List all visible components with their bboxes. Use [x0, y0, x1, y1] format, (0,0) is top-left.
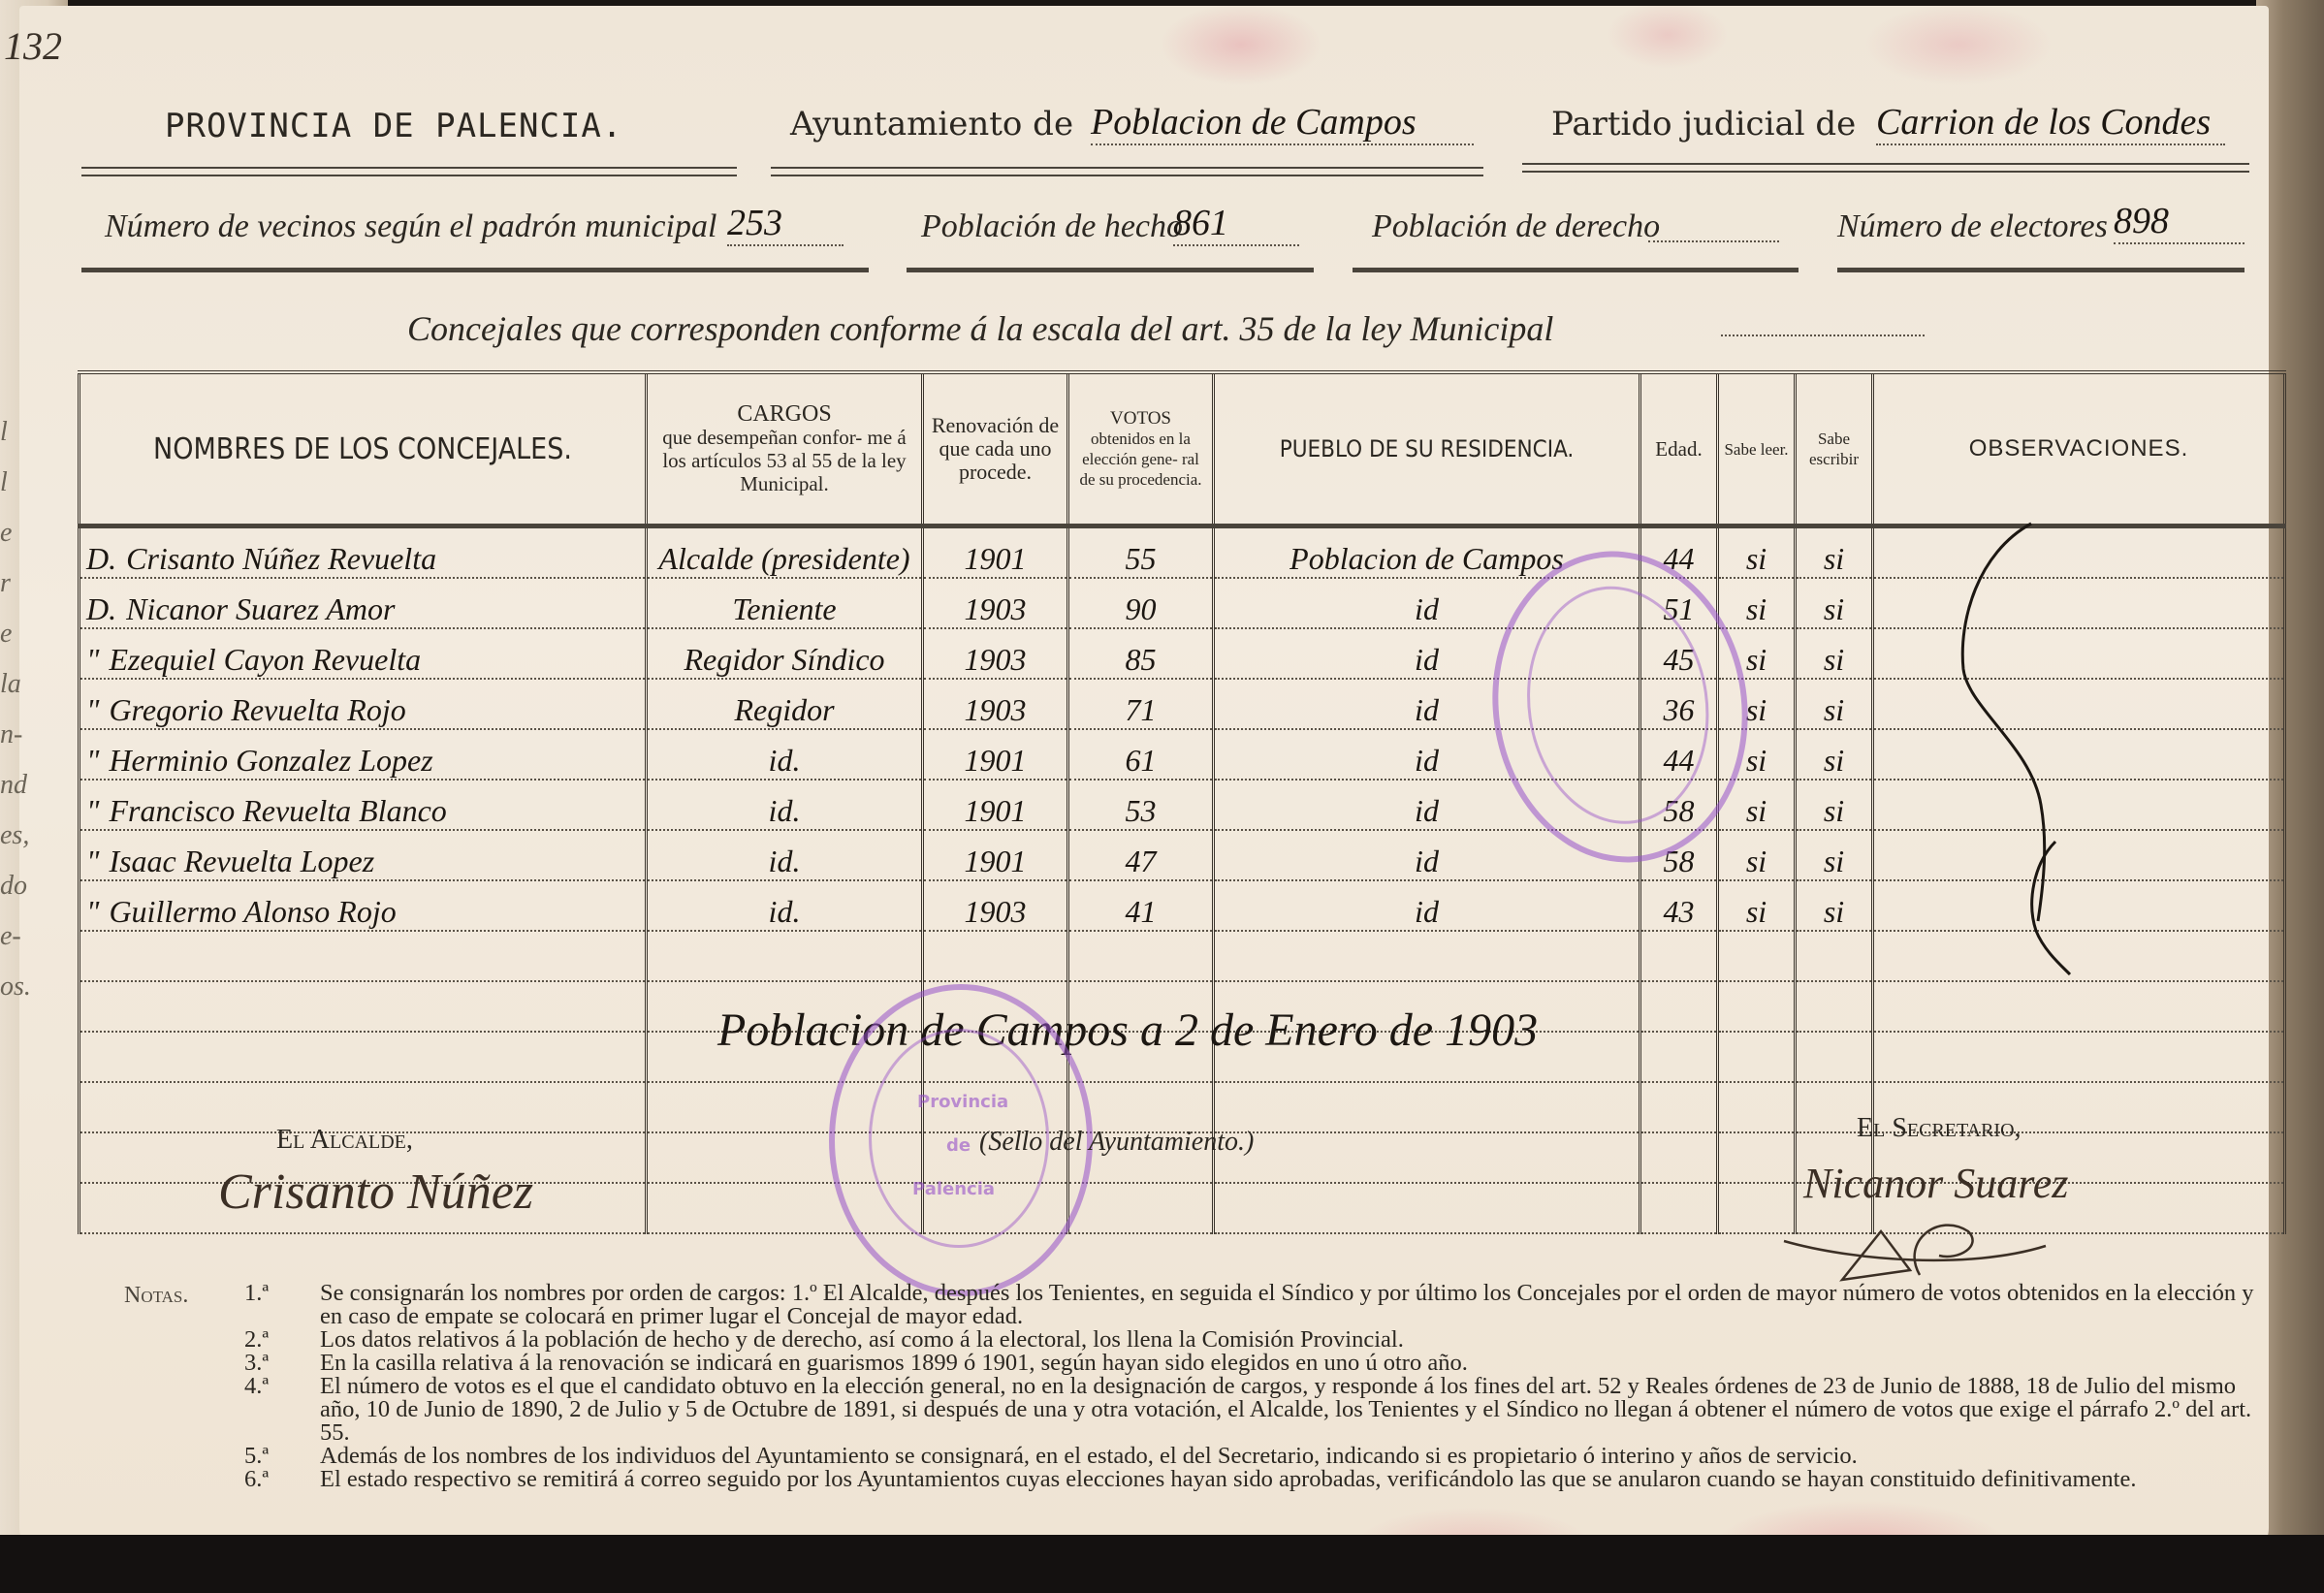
note-number: 1.ª	[244, 1282, 269, 1305]
header-votos: VOTOS obtenidos en la elección gene- ral…	[1068, 372, 1214, 526]
cell-votos: 53	[1068, 780, 1214, 830]
header-pueblo-text: PUEBLO DE SU RESIDENCIA.	[1280, 435, 1575, 462]
row-prefix: "	[86, 743, 99, 778]
cell-cargo: Regidor	[647, 679, 923, 729]
note-text: Además de los nombres de los individuos …	[320, 1443, 1858, 1469]
cell-renovacion	[923, 931, 1068, 981]
cell-votos: 85	[1068, 628, 1214, 679]
header-sabe-escribir: Sabe escribir	[1796, 372, 1873, 526]
row-prefix: D.	[86, 541, 116, 576]
population-rule	[1353, 268, 1799, 272]
cell-pueblo	[1214, 1132, 1640, 1183]
note-text: El número de votos es el que el candidat…	[320, 1373, 2251, 1446]
note-number: 5.ª	[244, 1445, 269, 1468]
cell-sabe-escribir: si	[1796, 780, 1873, 830]
cell-sabe-leer	[1718, 981, 1796, 1032]
cell-sabe-escribir	[1796, 981, 1873, 1032]
header-cargos-title: CARGOS	[652, 402, 917, 426]
stamp-text: Palencia	[912, 1179, 995, 1199]
header-rule	[771, 167, 1483, 176]
cell-observaciones	[1873, 679, 2285, 729]
cell-observaciones	[1873, 526, 2285, 579]
cell-votos: 55	[1068, 526, 1214, 579]
cell-sabe-leer	[1718, 931, 1796, 981]
cell-edad	[1640, 1132, 1718, 1183]
cell-cargo	[647, 931, 923, 981]
cell-sabe-leer	[1718, 1082, 1796, 1132]
date-line: Poblacion de Campos a 2 de Enero de 1903	[717, 1004, 1538, 1057]
cell-sabe-escribir: si	[1796, 526, 1873, 579]
header-edad: Edad.	[1640, 372, 1718, 526]
concejal-name: Ezequiel Cayon Revuelta	[109, 642, 421, 677]
cell-cargo: id.	[647, 780, 923, 830]
stamp-inner-ring	[1512, 575, 1724, 836]
header-rule	[1522, 163, 2249, 173]
derecho-value	[1648, 202, 1779, 242]
hecho-label: Población de hecho	[921, 208, 1183, 245]
alcalde-signature: Crisanto Núñez	[218, 1163, 533, 1221]
cell-renovacion: 1903	[923, 679, 1068, 729]
electores-value: 898	[2114, 200, 2244, 244]
note-text: El estado respectivo se remitirá á corre…	[320, 1466, 2136, 1492]
concejal-name: Guillermo Alonso Rojo	[109, 894, 396, 929]
cell-votos: 71	[1068, 679, 1214, 729]
cell-votos	[1068, 931, 1214, 981]
electores-label: Número de electores	[1837, 208, 2108, 245]
table-header-row: NOMBRES DE LOS CONCEJALES. CARGOS que de…	[80, 372, 2285, 526]
cell-sabe-leer: si	[1718, 830, 1796, 880]
margin-fragment: nd	[0, 760, 37, 811]
vecinos-value: 253	[727, 202, 844, 246]
cell-sabe-escribir: si	[1796, 578, 1873, 628]
header-renovacion: Renovación de que cada uno procede.	[923, 372, 1068, 526]
provincia-title: PROVINCIA DE PALENCIA.	[165, 107, 622, 145]
cell-pueblo	[1214, 931, 1640, 981]
derecho-label: Población de derecho	[1372, 208, 1660, 245]
cell-edad	[1640, 1032, 1718, 1082]
stamp-text: de	[946, 1135, 971, 1156]
cell-sabe-leer	[1718, 1132, 1796, 1183]
population-rule	[81, 268, 869, 272]
cell-nombre	[80, 981, 647, 1032]
cell-sabe-escribir: si	[1796, 679, 1873, 729]
cell-nombre: "Gregorio Revuelta Rojo	[80, 679, 647, 729]
cell-cargo: Alcalde (presidente)	[647, 526, 923, 579]
cell-nombre: D.Nicanor Suarez Amor	[80, 578, 647, 628]
concejal-name: Gregorio Revuelta Rojo	[109, 692, 405, 727]
header-observaciones: OBSERVACIONES.	[1873, 372, 2285, 526]
header-edad-text: Edad.	[1655, 437, 1702, 461]
cell-nombre: "Herminio Gonzalez Lopez	[80, 729, 647, 780]
cell-observaciones	[1873, 578, 2285, 628]
cell-edad: 43	[1640, 880, 1718, 931]
cell-nombre	[80, 1032, 647, 1082]
cell-cargo: Regidor Síndico	[647, 628, 923, 679]
sello-label: (Sello del Ayuntamiento.)	[979, 1127, 1254, 1158]
note-text: En la casilla relativa á la renovación s…	[320, 1350, 1468, 1376]
margin-fragment: l	[0, 458, 37, 508]
stamp-text: Provincia	[917, 1092, 1008, 1112]
concejal-name: Isaac Revuelta Lopez	[109, 844, 374, 878]
note-number: 6.ª	[244, 1468, 269, 1491]
margin-fragment: la	[0, 659, 37, 710]
cell-sabe-escribir: si	[1796, 830, 1873, 880]
cell-observaciones	[1873, 981, 2285, 1032]
note-item: 4.ªEl número de votos es el que el candi…	[124, 1375, 2267, 1445]
ayuntamiento-label: Ayuntamiento de	[790, 105, 1073, 143]
cell-sabe-leer: si	[1718, 578, 1796, 628]
cell-observaciones	[1873, 628, 2285, 679]
cell-nombre: D.Crisanto Núñez Revuelta	[80, 526, 647, 579]
cell-renovacion: 1901	[923, 526, 1068, 579]
margin-fragment: r	[0, 558, 37, 609]
concejal-name: Crisanto Núñez Revuelta	[126, 541, 436, 576]
cell-sabe-escribir: si	[1796, 729, 1873, 780]
cell-votos	[1068, 1183, 1214, 1233]
cell-renovacion: 1903	[923, 628, 1068, 679]
note-item: 6.ªEl estado respectivo se remitirá á co…	[124, 1468, 2267, 1491]
cell-renovacion: 1901	[923, 830, 1068, 880]
previous-page-margin: l l e r e la n- nd es, do e- os.	[0, 407, 37, 1012]
header-votos-sub: obtenidos en la elección gene- ral de su…	[1073, 429, 1208, 490]
cell-sabe-leer: si	[1718, 526, 1796, 579]
header-nombres-text: NOMBRES DE LOS CONCEJALES.	[153, 432, 572, 466]
row-prefix: "	[86, 793, 99, 828]
cell-observaciones	[1873, 780, 2285, 830]
cell-sabe-escribir: si	[1796, 628, 1873, 679]
margin-fragment: e	[0, 609, 37, 659]
note-number: 2.ª	[244, 1328, 269, 1352]
concejales-label: Concejales que corresponden conforme á l…	[407, 308, 1553, 349]
margin-fragment: os.	[0, 962, 37, 1012]
row-prefix: "	[86, 894, 99, 929]
cell-pueblo	[1214, 1183, 1640, 1233]
cell-observaciones	[1873, 729, 2285, 780]
margin-fragment: n-	[0, 710, 37, 760]
header-pueblo: PUEBLO DE SU RESIDENCIA.	[1214, 372, 1640, 526]
row-prefix: "	[86, 642, 99, 677]
hecho-value: 861	[1173, 202, 1299, 246]
ayuntamiento-value: Poblacion de Campos	[1091, 101, 1474, 145]
cell-nombre: "Isaac Revuelta Lopez	[80, 830, 647, 880]
cell-nombre: "Francisco Revuelta Blanco	[80, 780, 647, 830]
margin-fragment: do	[0, 861, 37, 911]
cell-renovacion: 1901	[923, 729, 1068, 780]
page-number: 132	[4, 23, 62, 69]
row-prefix: "	[86, 692, 99, 727]
margin-fragment: e	[0, 508, 37, 558]
header-rule	[81, 167, 737, 176]
note-number: 4.ª	[244, 1375, 269, 1398]
partido-value: Carrion de los Condes	[1876, 101, 2225, 145]
margin-fragment: l	[0, 407, 37, 458]
cell-sabe-escribir	[1796, 1032, 1873, 1082]
cell-edad	[1640, 931, 1718, 981]
partido-label: Partido judicial de	[1551, 105, 1856, 143]
cell-cargo: Teniente	[647, 578, 923, 628]
header-observaciones-text: OBSERVACIONES.	[1969, 435, 2189, 462]
cell-edad	[1640, 981, 1718, 1032]
secretario-rubrica-icon	[1774, 1202, 2065, 1290]
header-cargos-sub: que desempeñan confor- me á los artículo…	[652, 426, 917, 495]
row-prefix: D.	[86, 591, 116, 626]
cell-nombre: "Guillermo Alonso Rojo	[80, 880, 647, 931]
cell-votos: 90	[1068, 578, 1214, 628]
note-text: Los datos relativos á la población de he…	[320, 1326, 1404, 1353]
note-item: 5.ªAdemás de los nombres de los individu…	[124, 1445, 2267, 1468]
cell-pueblo: id	[1214, 880, 1640, 931]
note-item: 1.ªSe consignarán los nombres por orden …	[124, 1282, 2267, 1328]
header-nombres: NOMBRES DE LOS CONCEJALES.	[80, 372, 647, 526]
cell-observaciones	[1873, 1032, 2285, 1082]
header-sabe-escribir-text: Sabe escribir	[1809, 430, 1859, 468]
cell-pueblo	[1214, 1082, 1640, 1132]
margin-fragment: es,	[0, 811, 37, 861]
header-sabe-leer: Sabe leer.	[1718, 372, 1796, 526]
concejal-name: Nicanor Suarez Amor	[126, 591, 395, 626]
alcalde-label: El Alcalde,	[276, 1125, 413, 1156]
cell-votos: 41	[1068, 880, 1214, 931]
header-cargos: CARGOS que desempeñan confor- me á los a…	[647, 372, 923, 526]
note-number: 3.ª	[244, 1352, 269, 1375]
population-rule	[907, 268, 1314, 272]
concejal-name: Francisco Revuelta Blanco	[109, 793, 446, 828]
cell-cargo: id.	[647, 880, 923, 931]
concejales-value	[1721, 335, 1925, 336]
header-renovacion-text: Renovación de que cada uno procede.	[932, 413, 1059, 484]
cell-sabe-leer: si	[1718, 880, 1796, 931]
cell-sabe-escribir: si	[1796, 880, 1873, 931]
note-item: 3.ªEn la casilla relativa á la renovació…	[124, 1352, 2267, 1375]
cell-cargo: id.	[647, 729, 923, 780]
cell-edad	[1640, 1082, 1718, 1132]
cell-cargo: id.	[647, 830, 923, 880]
cell-nombre	[80, 931, 647, 981]
secretario-label: El Secretario,	[1857, 1113, 2022, 1144]
cell-sabe-escribir	[1796, 931, 1873, 981]
cell-votos: 47	[1068, 830, 1214, 880]
row-prefix: "	[86, 844, 99, 878]
observaciones-brace-icon	[2017, 834, 2094, 979]
vecinos-label: Número de vecinos según el padrón munici…	[105, 208, 716, 245]
margin-fragment: e-	[0, 911, 37, 962]
cell-renovacion: 1903	[923, 578, 1068, 628]
cell-votos: 61	[1068, 729, 1214, 780]
cell-renovacion: 1901	[923, 780, 1068, 830]
notes-section: Notas. 1.ªSe consignarán los nombres por…	[124, 1282, 2267, 1491]
concejal-name: Herminio Gonzalez Lopez	[109, 743, 432, 778]
note-item: 2.ªLos datos relativos á la población de…	[124, 1328, 2267, 1352]
population-rule	[1837, 268, 2244, 272]
header-sabe-leer-text: Sabe leer.	[1724, 440, 1788, 459]
cell-renovacion: 1903	[923, 880, 1068, 931]
note-text: Se consignarán los nombres por orden de …	[320, 1280, 2253, 1329]
cell-nombre: "Ezequiel Cayon Revuelta	[80, 628, 647, 679]
book-bottom-shadow	[0, 1535, 2324, 1593]
cell-edad	[1640, 1183, 1718, 1233]
secretario-signature: Nicanor Suarez	[1803, 1159, 2068, 1208]
cell-sabe-leer	[1718, 1032, 1796, 1082]
header-votos-title: VOTOS	[1073, 408, 1208, 429]
